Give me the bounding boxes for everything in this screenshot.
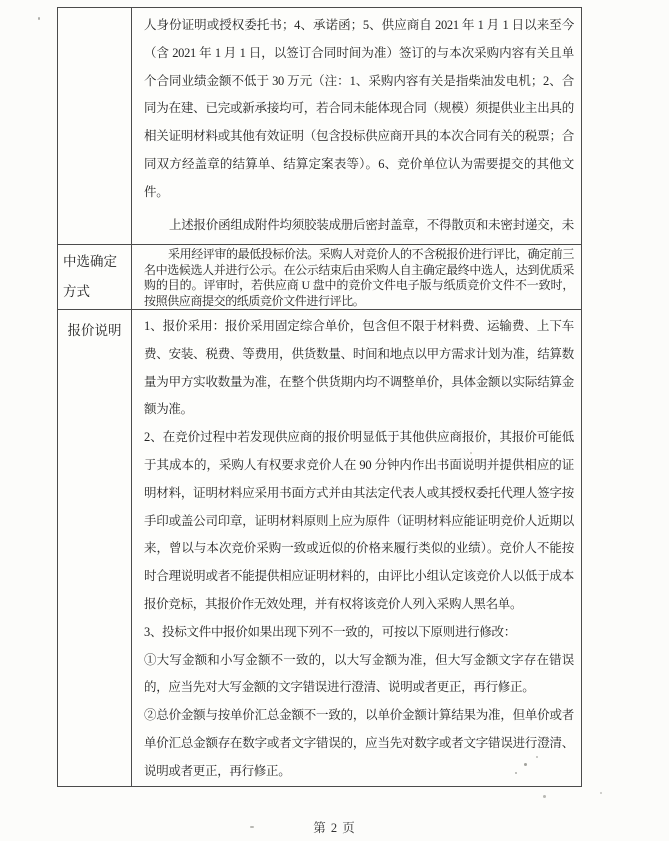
row-content-selection-method: 采用经评审的最低投标价法。采购人对竞价人的不含税报价进行评比，确定前三名中选候选… <box>132 245 581 309</box>
row-content-quotation-notes: 1、报价采用：报价采用固定综合单价，包含但不限于材料费、运输费、上下车费、安装、… <box>132 310 581 786</box>
bid-terms-table: 人身份证明或授权委托书；4、承诺函；5、供应商自 2021 年 1 月 1 日以… <box>57 7 582 787</box>
table-row-quotation-notes: 报价说明 1、报价采用：报价采用固定综合单价，包含但不限于材料费、运输费、上下车… <box>58 309 581 786</box>
scan-speckle <box>524 763 527 766</box>
row-label-selection-method: 中选确定方式 <box>58 245 132 309</box>
scan-speckle <box>250 826 254 828</box>
scan-speckle <box>38 17 40 20</box>
paragraph: 上述报价函组成附件均须胶装成册后密封盖章，不得散页和未密封递交，未按要求胶装密封… <box>144 212 574 244</box>
row-content-attachments: 人身份证明或授权委托书；4、承诺函；5、供应商自 2021 年 1 月 1 日以… <box>132 8 581 244</box>
table-row-continued-attachments: 人身份证明或授权委托书；4、承诺函；5、供应商自 2021 年 1 月 1 日以… <box>58 8 581 244</box>
paragraph: 3、投标文件中报价如果出现下列不一致的，可按以下原则进行修改： <box>144 619 574 647</box>
scan-speckle <box>543 795 546 798</box>
paragraph: 采用经评审的最低投标价法。采购人对竞价人的不含税报价进行评比，确定前三名中选候选… <box>144 247 574 309</box>
table-row-selection-method: 中选确定方式 采用经评审的最低投标价法。采购人对竞价人的不含税报价进行评比，确定… <box>58 244 581 309</box>
scan-speckle <box>600 792 602 794</box>
row-label-quotation-notes: 报价说明 <box>58 310 132 786</box>
scan-speckle <box>536 756 538 758</box>
row-label-empty <box>58 8 132 244</box>
scan-speckle <box>470 452 472 454</box>
paragraph: ①大写金额和小写金额不一致的，以大写金额为准，但大写金额文字存在错误的，应当先对… <box>144 647 574 703</box>
page-number: 第 2 页 <box>0 818 669 836</box>
scan-speckle <box>515 772 517 774</box>
paragraph: 1、报价采用：报价采用固定综合单价，包含但不限于材料费、运输费、上下车费、安装、… <box>144 313 574 424</box>
paragraph: 2、在竞价过程中若发现供应商的报价明显低于其他供应商报价，其报价可能低于其成本的… <box>144 424 574 619</box>
paragraph: 人身份证明或授权委托书；4、承诺函；5、供应商自 2021 年 1 月 1 日以… <box>144 12 574 207</box>
paragraph: ②总价金额与按单价汇总金额不一致的，以单价金额计算结果为准，但单价或者单价汇总金… <box>144 702 574 785</box>
document-page: 人身份证明或授权委托书；4、承诺函；5、供应商自 2021 年 1 月 1 日以… <box>0 0 669 841</box>
